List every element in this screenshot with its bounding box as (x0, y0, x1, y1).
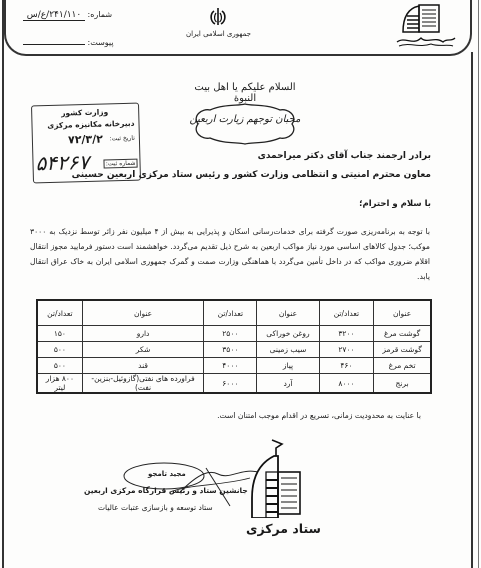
signatory-name: مجید تامجو (148, 470, 186, 478)
commodities-table: عنوان تعداد/تن عنوان تعداد/تن عنوان تعدا… (36, 299, 432, 394)
table-cell: دارو (82, 326, 204, 342)
central-headquarters-logo-icon (248, 438, 318, 518)
table-cell: قند (82, 358, 204, 374)
cartouche-text: محبان توجهم زیارت اربعین (188, 114, 302, 125)
stamp-date-value: ۷۲/۳/۲ (68, 133, 103, 147)
addressee-name: برادر ارجمند جناب آقای دکتر میراحمدی (258, 151, 431, 161)
column-header: تعداد/تن (204, 300, 257, 326)
salutation-calligraphy: السلام علیکم یا اهل بیت النبوة (190, 82, 300, 102)
table-cell: ۴۶۰ (319, 358, 374, 374)
table-cell: ۵۰۰ (37, 342, 82, 358)
table-cell: فراورده های نفتی(گازوئیل-بنزین-نفت) (82, 374, 204, 394)
stamp-number-label: شماره ثبت: (104, 159, 138, 169)
iran-emblem-icon (204, 6, 232, 28)
table-cell: برنج (374, 374, 431, 394)
signatory-organization: ستاد توسعه و بازسازی عتبات عالیات (98, 503, 213, 512)
letter-number-label: شماره: (88, 10, 113, 19)
table-cell: گوشت قرمز (374, 342, 431, 358)
attachment-field: پیوست: (20, 38, 114, 47)
letter-number-value: ۲۴۱/۱۱۰/ع/س (23, 10, 85, 21)
table-cell: ۲۷۰۰ (319, 342, 374, 358)
table-cell: گوشت مرغ (374, 326, 431, 342)
table-cell: تخم مرغ (374, 358, 431, 374)
stamp-secretariat: دبیرخانه مکانیزه مرکزی (47, 119, 134, 130)
closing-sentence: با عنایت به محدودیت زمانی، تسریع در اقدا… (217, 411, 421, 420)
table-header-row: عنوان تعداد/تن عنوان تعداد/تن عنوان تعدا… (37, 300, 431, 326)
page-edge-right (478, 0, 479, 568)
column-header: عنوان (374, 300, 431, 326)
table-cell: پیاز (257, 358, 319, 374)
column-header: عنوان (82, 300, 204, 326)
table-cell: ۳۲۰۰ (319, 326, 374, 342)
table-cell: ۶۰۰۰ (204, 374, 257, 394)
stamp-ministry: وزارت کشور (61, 107, 108, 117)
calligraphy-cartouche: محبان توجهم زیارت اربعین (188, 102, 302, 146)
page-border-left (2, 0, 4, 568)
table-cell: سیب زمینی (257, 342, 319, 358)
stamp-date-label: تاریخ ثبت: (110, 135, 135, 143)
column-header: تعداد/تن (319, 300, 374, 326)
table-cell: روغن خوراکی (257, 326, 319, 342)
table-row: گوشت مرغ ۳۲۰۰ روغن خوراکی ۲۵۰۰ دارو ۱۵۰ (37, 326, 431, 342)
table-row: تخم مرغ ۴۶۰ پیاز ۴۰۰۰ قند ۵۰۰ (37, 358, 431, 374)
table-cell: ۸۰۰۰ (319, 374, 374, 394)
column-header: عنوان (257, 300, 319, 326)
table-cell: ۲۵۰۰ (204, 326, 257, 342)
column-header: تعداد/تن (37, 300, 82, 326)
table-cell: ۳۵۰۰ (204, 342, 257, 358)
attachment-label: پیوست: (88, 38, 114, 47)
table-cell: ۸۰۰ هزار لیتر (37, 374, 82, 394)
letter-page: شماره: ۲۴۱/۱۱۰/ع/س پیوست: جمهوری اسلامی … (0, 0, 481, 568)
page-border-right (471, 52, 473, 568)
table-cell: ۴۰۰۰ (204, 358, 257, 374)
addressee-title: معاون محترم امنیتی و انتظامی وزارت کشور … (72, 170, 431, 180)
atabat-org-logo-icon (395, 2, 457, 50)
table-cell: شکر (82, 342, 204, 358)
letter-body: با توجه به برنامه‌ریزی صورت گرفته برای خ… (30, 224, 430, 284)
table-cell: ۵۰۰ (37, 358, 82, 374)
country-name: جمهوری اسلامی ایران (186, 30, 251, 38)
table-cell: ۱۵۰ (37, 326, 82, 342)
signatory-title: جانشین ستاد و رئیس قرارگاه مرکزی اربعین (84, 486, 248, 495)
letter-number-field: شماره: ۲۴۱/۱۱۰/ع/س (20, 10, 112, 21)
table-row: برنج ۸۰۰۰ آرد ۶۰۰۰ فراورده های نفتی(گازو… (37, 374, 431, 394)
table-cell: آرد (257, 374, 319, 394)
central-headquarters-label: ستاد مرکزی (246, 521, 321, 536)
table-row: گوشت قرمز ۲۷۰۰ سیب زمینی ۳۵۰۰ شکر ۵۰۰ (37, 342, 431, 358)
greeting: با سلام و احترام؛ (359, 199, 431, 209)
attachment-value (23, 44, 85, 45)
